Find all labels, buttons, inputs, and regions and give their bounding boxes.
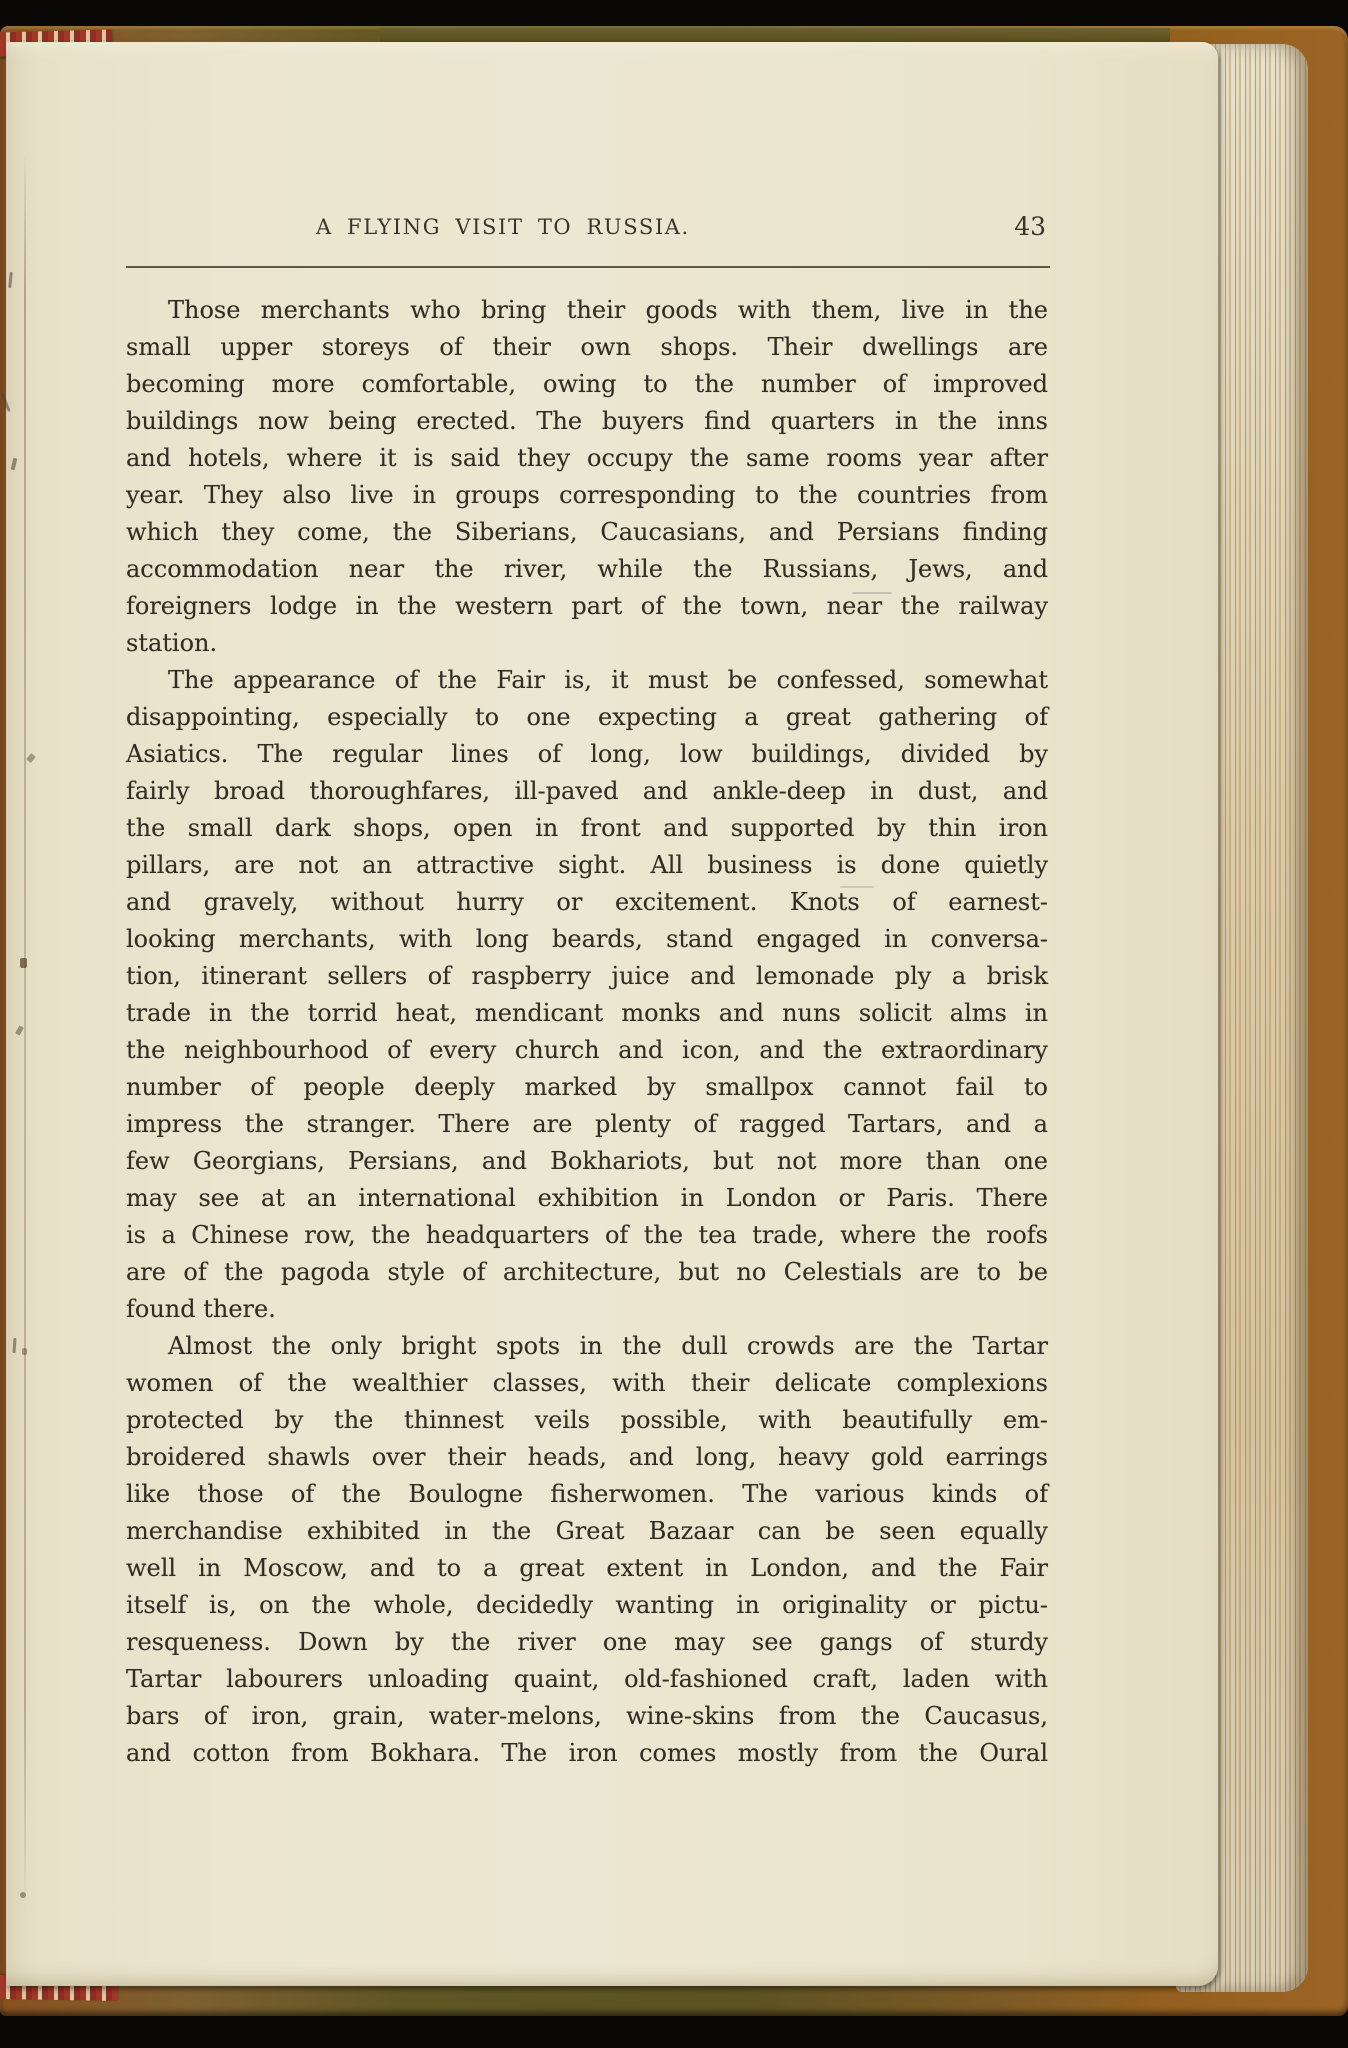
text-line: tion, itinerant sellers of raspberry jui… [126,958,1048,995]
text-line: are of the pagoda style of architecture,… [126,1254,1048,1291]
text-line: impress the stranger. There are plenty o… [126,1106,1048,1143]
text-line: resqueness. Down by the river one may se… [126,1624,1048,1661]
text-line: the small dark shops, open in front and … [126,810,1048,847]
text-line: and cotton from Bokhara. The iron comes … [126,1735,1048,1772]
text-line: itself is, on the whole, decidedly wanti… [126,1587,1048,1624]
text-line: and gravely, without hurry or excitement… [126,884,1048,921]
text-line: women of the wealthier classes, with the… [126,1365,1048,1402]
text-line: pillars, are not an attractive sight. Al… [126,847,1048,884]
text-line: fairly broad thoroughfares, ill-paved an… [126,773,1048,810]
text-line: may see at an international exhibition i… [126,1180,1048,1217]
text-line: few Georgians, Persians, and Bokhariots,… [126,1143,1048,1180]
text-line: Those merchants who bring their goods wi… [126,292,1048,329]
text-line: well in Moscow, and to a great extent in… [126,1550,1048,1587]
text-line: number of people deeply marked by smallp… [126,1069,1048,1106]
text-line: becoming more comfortable, owing to the … [126,366,1048,403]
binding-stitch [20,958,27,968]
text-line: and hotels, where it is said they occupy… [126,440,1048,477]
text-line: Asiatics. The regular lines of long, low… [126,736,1048,773]
margin-mark [20,1892,26,1898]
page-title: A FLYING VISIT TO RUSSIA. [316,215,690,239]
text-line: Almost the only bright spots in the dull… [126,1328,1048,1365]
text-line: The appearance of the Fair is, it must b… [126,662,1048,699]
text-line: station. [126,625,1048,662]
book-page: A FLYING VISIT TO RUSSIA. 43 Those merch… [6,42,1218,1986]
page-number: 43 [1014,212,1046,241]
text-block: Those merchants who bring their goods wi… [126,292,1048,1772]
binding-stitch [22,1348,27,1355]
text-line: buildings now being erected. The buyers … [126,403,1048,440]
text-line: year. They also live in groups correspon… [126,477,1048,514]
text-line: small upper storeys of their own shops. … [126,329,1048,366]
text-line: the neighbourhood of every church and ic… [126,1032,1048,1069]
text-line: bars of iron, grain, water-melons, wine-… [126,1698,1048,1735]
margin-smudge [852,592,892,594]
margin-smudge [840,886,874,888]
gutter-crease [24,152,26,1912]
running-header: A FLYING VISIT TO RUSSIA. 43 [126,212,1048,246]
text-line: is a Chinese row, the headquarters of th… [126,1217,1048,1254]
book-photo: A FLYING VISIT TO RUSSIA. 43 Those merch… [0,0,1348,2048]
text-line: disappointing, especially to one expecti… [126,699,1048,736]
text-line: trade in the torrid heat, mendicant monk… [126,995,1048,1032]
text-line: foreigners lodge in the western part of … [126,588,1048,625]
text-line: Tartar labourers unloading quaint, old-f… [126,1661,1048,1698]
text-line: found there. [126,1291,1048,1328]
text-line: looking merchants, with long beards, sta… [126,921,1048,958]
text-line: protected by the thinnest veils possible… [126,1402,1048,1439]
text-line: like those of the Boulogne fisherwomen. … [126,1476,1048,1513]
text-line: broidered shawls over their heads, and l… [126,1439,1048,1476]
header-rule [126,266,1050,268]
text-line: accommodation near the river, while the … [126,551,1048,588]
text-line: merchandise exhibited in the Great Bazaa… [126,1513,1048,1550]
text-line: which they come, the Siberians, Caucasia… [126,514,1048,551]
